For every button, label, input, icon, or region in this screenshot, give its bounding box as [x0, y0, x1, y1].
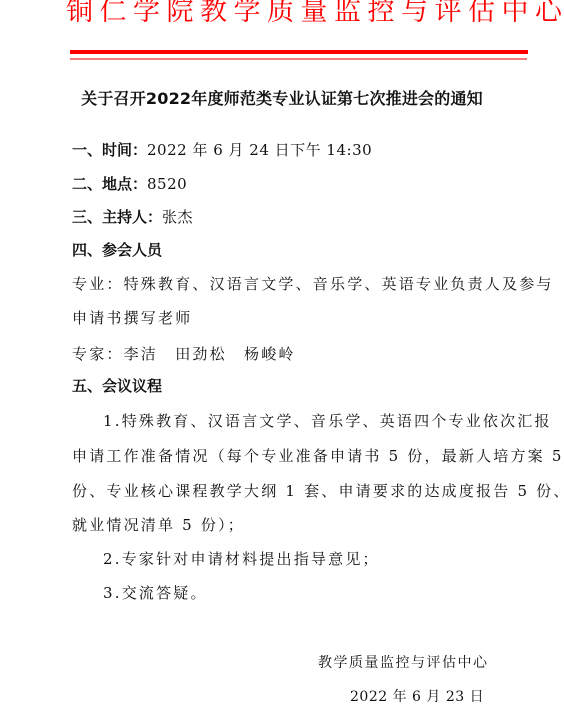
agenda-item1-line2: 申请工作准备情况（每个专业准备申请书 5 份，最新人培方案 5	[72, 446, 564, 466]
host-label: 三、主持人：	[72, 208, 162, 226]
time-row: 一、时间：2022 年 6 月 24 日下午 14:30	[72, 140, 372, 160]
attendees-majors-line1: 专业：特殊教育、汉语言文学、音乐学、英语专业负责人及参与	[72, 274, 554, 294]
attendees-heading: 四、参会人员	[72, 240, 162, 260]
header-rule-thin	[70, 58, 527, 60]
organization-title: 铜仁学院教学质量监控与评估中心	[66, 0, 536, 30]
agenda-item1-line3: 份、专业核心课程教学大纲 1 套、申请要求的达成度报告 5 份、	[72, 481, 564, 501]
attendees-majors-line2: 申请书撰写老师	[72, 308, 192, 328]
location-label: 二、地点：	[72, 175, 147, 193]
location-row: 二、地点：8520	[72, 174, 187, 194]
location-value: 8520	[147, 175, 187, 193]
host-value: 张杰	[162, 208, 193, 226]
time-label: 一、时间：	[72, 141, 147, 159]
host-row: 三、主持人：张杰	[72, 207, 193, 227]
header-rule-thick	[70, 50, 528, 54]
time-value: 2022 年 6 月 24 日下午 14:30	[147, 141, 372, 159]
signature-organization: 教学质量监控与评估中心	[318, 652, 489, 672]
agenda-heading: 五、会议议程	[72, 376, 162, 396]
document-title: 关于召开2022年度师范类专业认证第七次推进会的通知	[0, 86, 564, 109]
attendees-experts: 专家：李洁 田劲松 杨峻岭	[72, 344, 296, 364]
agenda-item2: 2.专家针对申请材料提出指导意见；	[103, 549, 380, 569]
agenda-item1-line4: 就业情况清单 5 份）；	[72, 515, 245, 535]
signature-date: 2022 年 6 月 23 日	[350, 686, 484, 706]
agenda-item3: 3.交流答疑。	[103, 583, 208, 603]
agenda-item1-line1: 1.特殊教育、汉语言文学、音乐学、英语四个专业依次汇报	[103, 411, 552, 431]
